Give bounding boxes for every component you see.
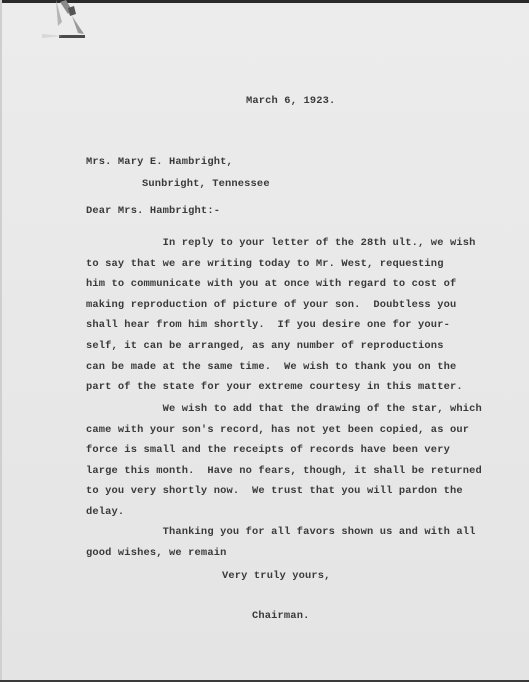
paragraph-line: self, it can be arranged, as any number … [86, 340, 476, 361]
paper-clip-icon [42, 0, 92, 40]
paragraph-line: shall hear from him shortly. If you desi… [86, 319, 476, 340]
paragraph-line: force is small and the receipts of recor… [86, 444, 482, 465]
paragraph-line: large this month. Have no fears, though,… [86, 465, 482, 486]
paragraph-line: We wish to add that the drawing of the s… [86, 403, 482, 424]
signature-title: Chairman. [252, 610, 309, 622]
recipient-location: Sunbright, Tennessee [142, 178, 270, 190]
complimentary-closing: Very truly yours, [222, 570, 331, 582]
paragraph-line: delay. [86, 506, 482, 527]
recipient-name: Mrs. Mary E. Hambright, [86, 156, 233, 168]
paragraph-line: In reply to your letter of the 28th ult.… [86, 237, 476, 258]
paragraph-line: to say that we are writing today to Mr. … [86, 258, 476, 279]
paragraph-line: him to communicate with you at once with… [86, 278, 476, 299]
body-paragraph-2: We wish to add that the drawing of the s… [86, 403, 482, 527]
scan-left-edge [0, 0, 2, 682]
body-paragraph-1: In reply to your letter of the 28th ult.… [86, 237, 476, 402]
letter-page: March 6, 1923. Mrs. Mary E. Hambright, S… [0, 0, 529, 682]
letter-date: March 6, 1923. [246, 95, 335, 107]
paragraph-line: good wishes, we remain [86, 547, 476, 568]
salutation: Dear Mrs. Hambright:- [86, 205, 220, 217]
paragraph-line: to you very shortly now. We trust that y… [86, 485, 482, 506]
paragraph-line: Thanking you for all favors shown us and… [86, 526, 476, 547]
paragraph-line: can be made at the same time. We wish to… [86, 361, 476, 382]
paragraph-line: part of the state for your extreme court… [86, 381, 476, 402]
body-paragraph-3: Thanking you for all favors shown us and… [86, 526, 476, 567]
paragraph-line: making reproduction of picture of your s… [86, 299, 476, 320]
paragraph-line: came with your son's record, has not yet… [86, 424, 482, 445]
